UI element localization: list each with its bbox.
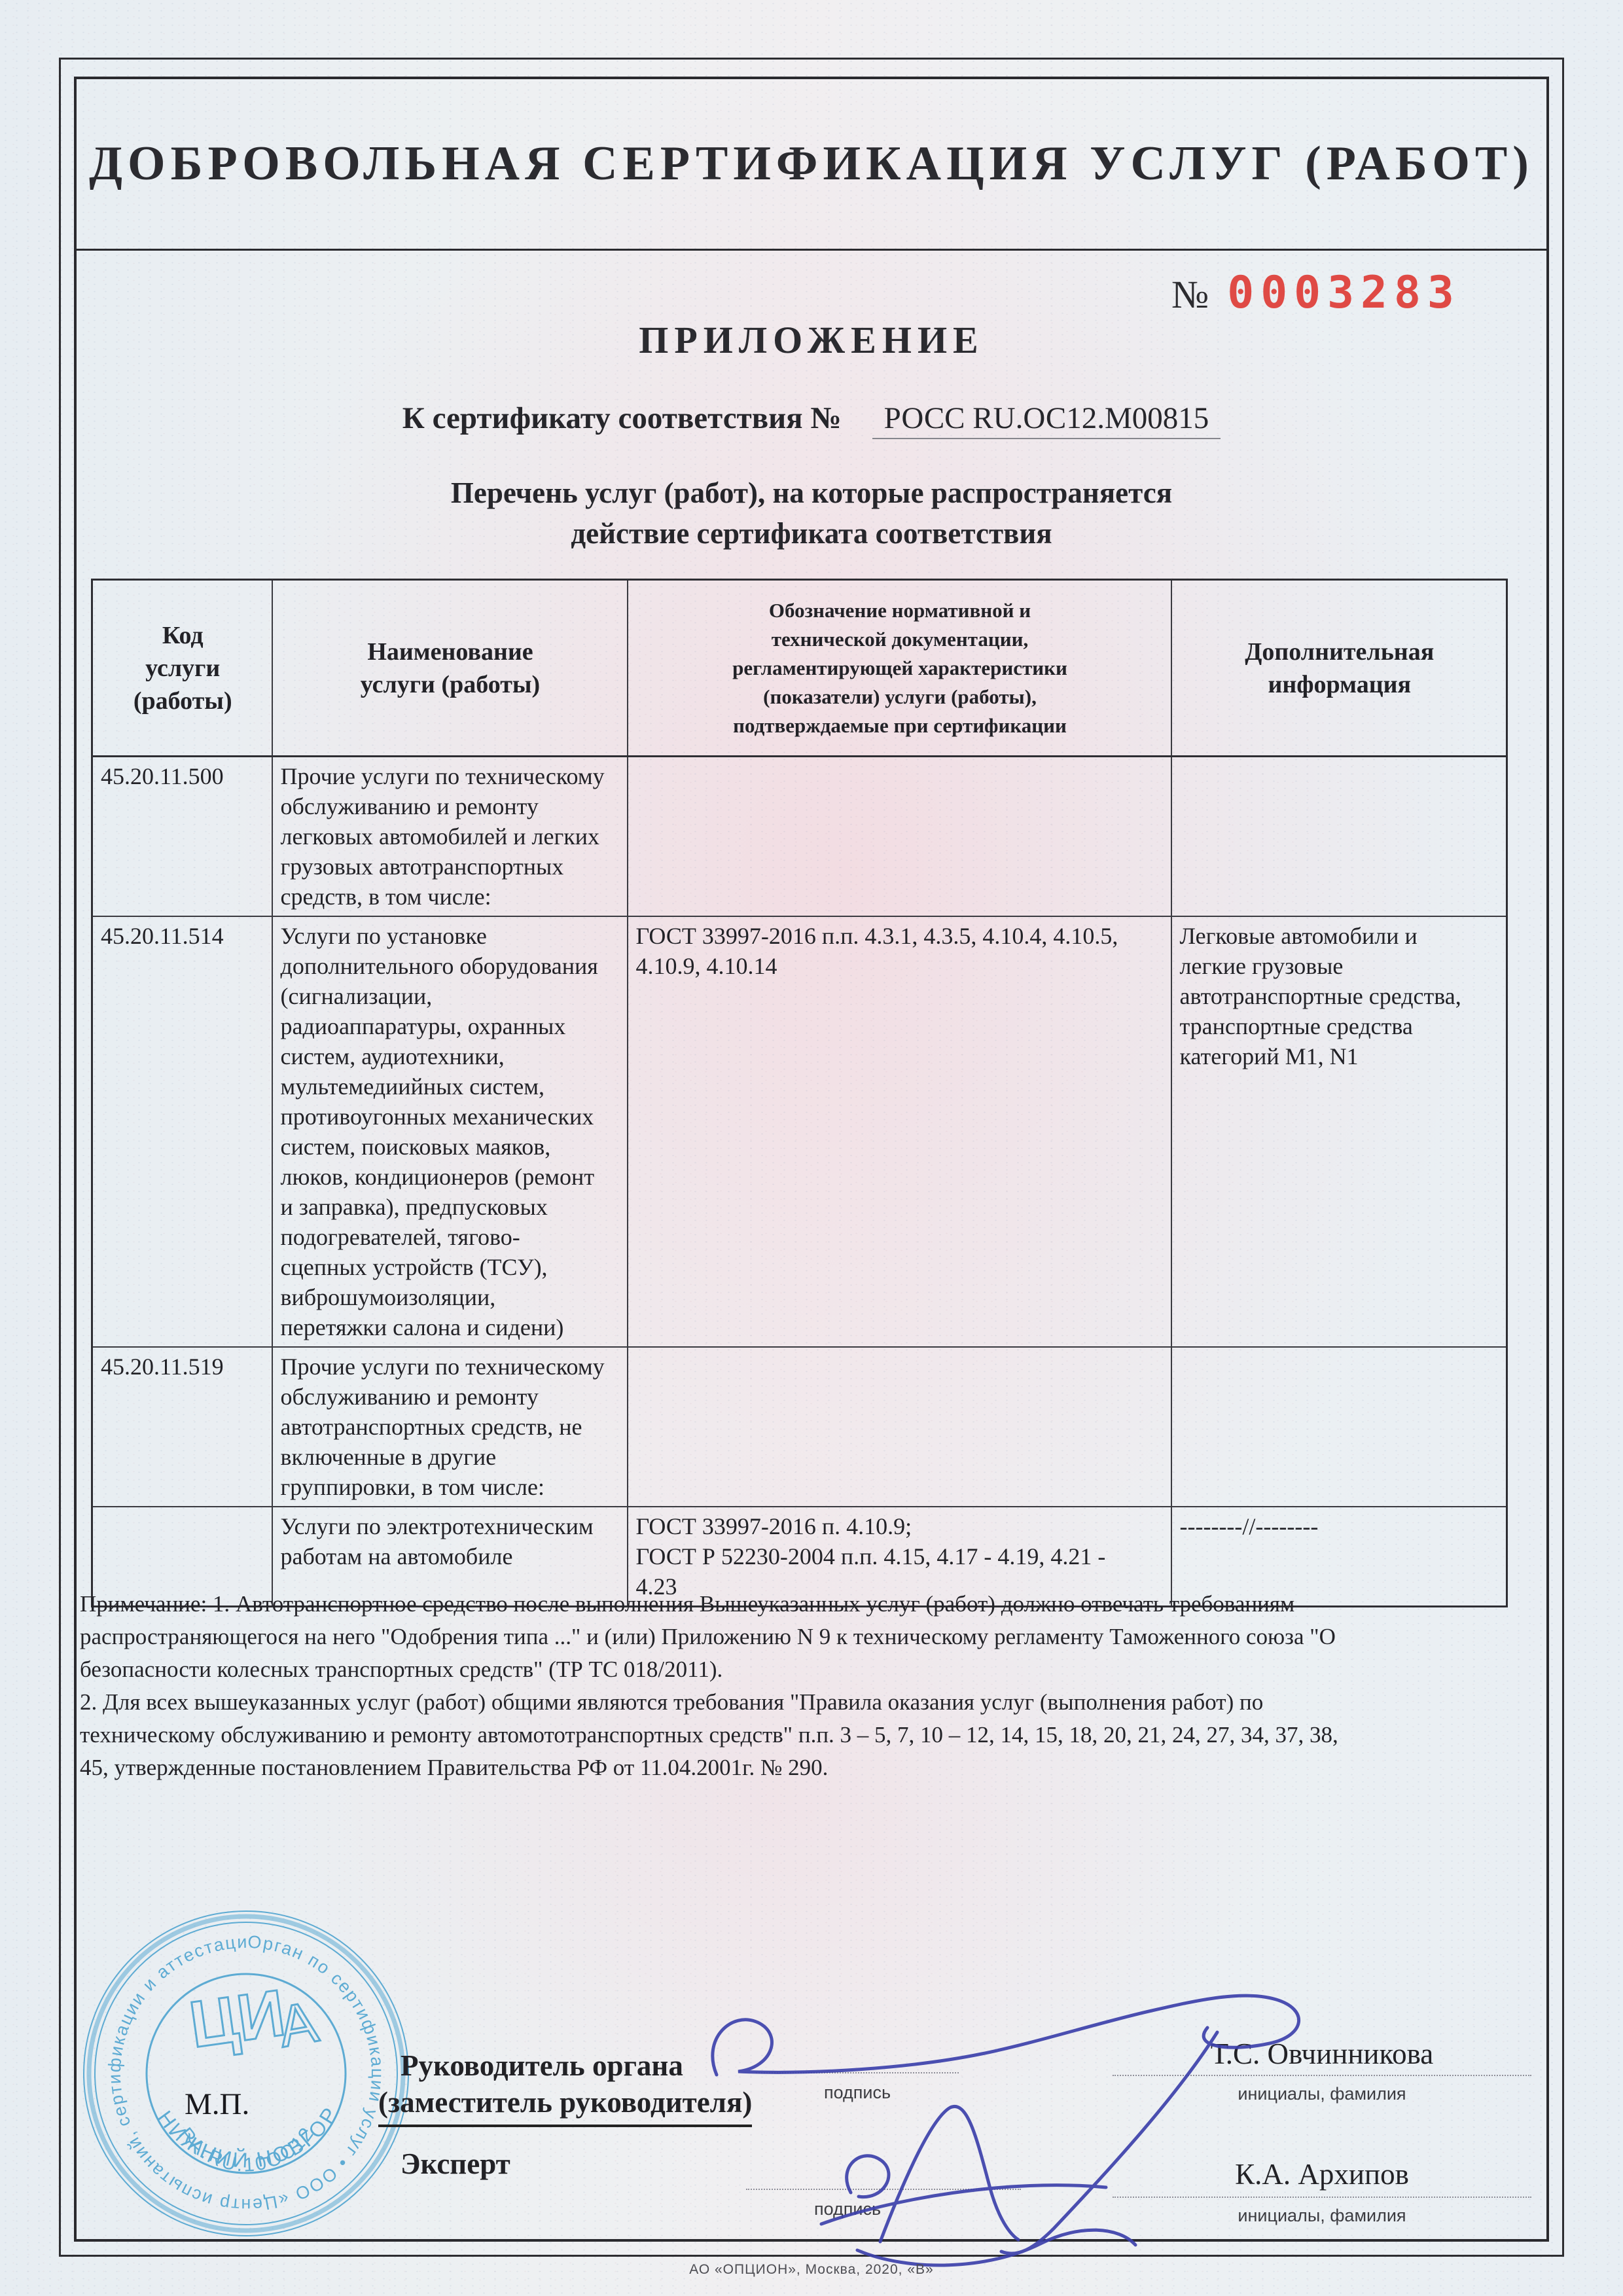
cell-name: Услуги по установке дополнительного обор… — [272, 916, 628, 1347]
number-sign: № — [1171, 272, 1209, 317]
mp-label: М.П. — [185, 2087, 249, 2122]
handwritten-signatures — [654, 1970, 1407, 2278]
cell-name: Прочие услуги по техническому обслуживан… — [272, 1347, 628, 1507]
round-stamp: Орган по сертификации услуг • ООО «Центр… — [76, 1903, 416, 2244]
note-text: Примечание: 1. Автотранспортное средство… — [80, 1588, 1547, 1784]
cell-code: 45.20.11.514 — [92, 916, 272, 1347]
list-subtitle: Перечень услуг (работ), на которые распр… — [0, 473, 1623, 554]
expert-label: Эксперт — [401, 2147, 510, 2181]
services-table: Код услуги (работы) Наименование услуги … — [91, 579, 1508, 1607]
certificate-number: РОСС RU.ОС12.М00815 — [872, 401, 1221, 439]
cell-info — [1171, 1347, 1507, 1507]
page-title: ДОБРОВОЛЬНАЯ СЕРТИФИКАЦИЯ УСЛУГ (РАБОТ) — [89, 136, 1534, 192]
signature-expert-loop — [847, 2156, 889, 2197]
certificate-reference: К сертификату соответствия № РОСС RU.ОС1… — [0, 401, 1623, 436]
header-docs: Обозначение нормативной и технической до… — [628, 580, 1171, 757]
cell-info — [1171, 757, 1507, 917]
stamp-monogram-ci: ЦИ — [185, 1976, 289, 2062]
cell-docs — [628, 757, 1171, 917]
cell-code: 45.20.11.500 — [92, 757, 272, 917]
table-row: 45.20.11.500 Прочие услуги по техническо… — [92, 757, 1507, 917]
signature-head-stroke — [713, 1996, 1299, 2075]
table-row: 45.20.11.519 Прочие услуги по техническо… — [92, 1347, 1507, 1507]
cell-code: 45.20.11.519 — [92, 1347, 272, 1507]
doc-number: № 0003283 — [1171, 267, 1461, 319]
header-name: Наименование услуги (работы) — [272, 580, 628, 757]
title-band: ДОБРОВОЛЬНАЯ СЕРТИФИКАЦИЯ УСЛУГ (РАБОТ) — [77, 79, 1546, 251]
header-info: Дополнительная информация — [1171, 580, 1507, 757]
signature-expert-peak — [880, 2106, 1018, 2242]
cell-docs — [628, 1347, 1171, 1507]
signature-expert-swoosh — [857, 2230, 1135, 2265]
number-value: 0003283 — [1227, 267, 1461, 319]
footer-imprint: АО «ОПЦИОН», Москва, 2020, «В» — [0, 2262, 1623, 2278]
services-table-wrap: Код услуги (работы) Наименование услуги … — [91, 579, 1508, 1607]
cell-name: Прочие услуги по техническому обслуживан… — [272, 757, 628, 917]
table-header-row: Код услуги (работы) Наименование услуги … — [92, 580, 1507, 757]
cell-info: Легковые автомобили и легкие грузовые ав… — [1171, 916, 1507, 1347]
header-code: Код услуги (работы) — [92, 580, 272, 757]
table-row: 45.20.11.514 Услуги по установке дополни… — [92, 916, 1507, 1347]
cell-docs: ГОСТ 33997-2016 п.п. 4.3.1, 4.3.5, 4.10.… — [628, 916, 1171, 1347]
head-of-body-label: Руководитель органа — [401, 2049, 683, 2083]
appendix-heading: ПРИЛОЖЕНИЕ — [0, 318, 1623, 362]
signature-head-tail — [1001, 2032, 1217, 2253]
certificate-reference-label: К сертификату соответствия № — [402, 401, 842, 435]
certificate-page: ДОБРОВОЛЬНАЯ СЕРТИФИКАЦИЯ УСЛУГ (РАБОТ) … — [0, 0, 1623, 2296]
